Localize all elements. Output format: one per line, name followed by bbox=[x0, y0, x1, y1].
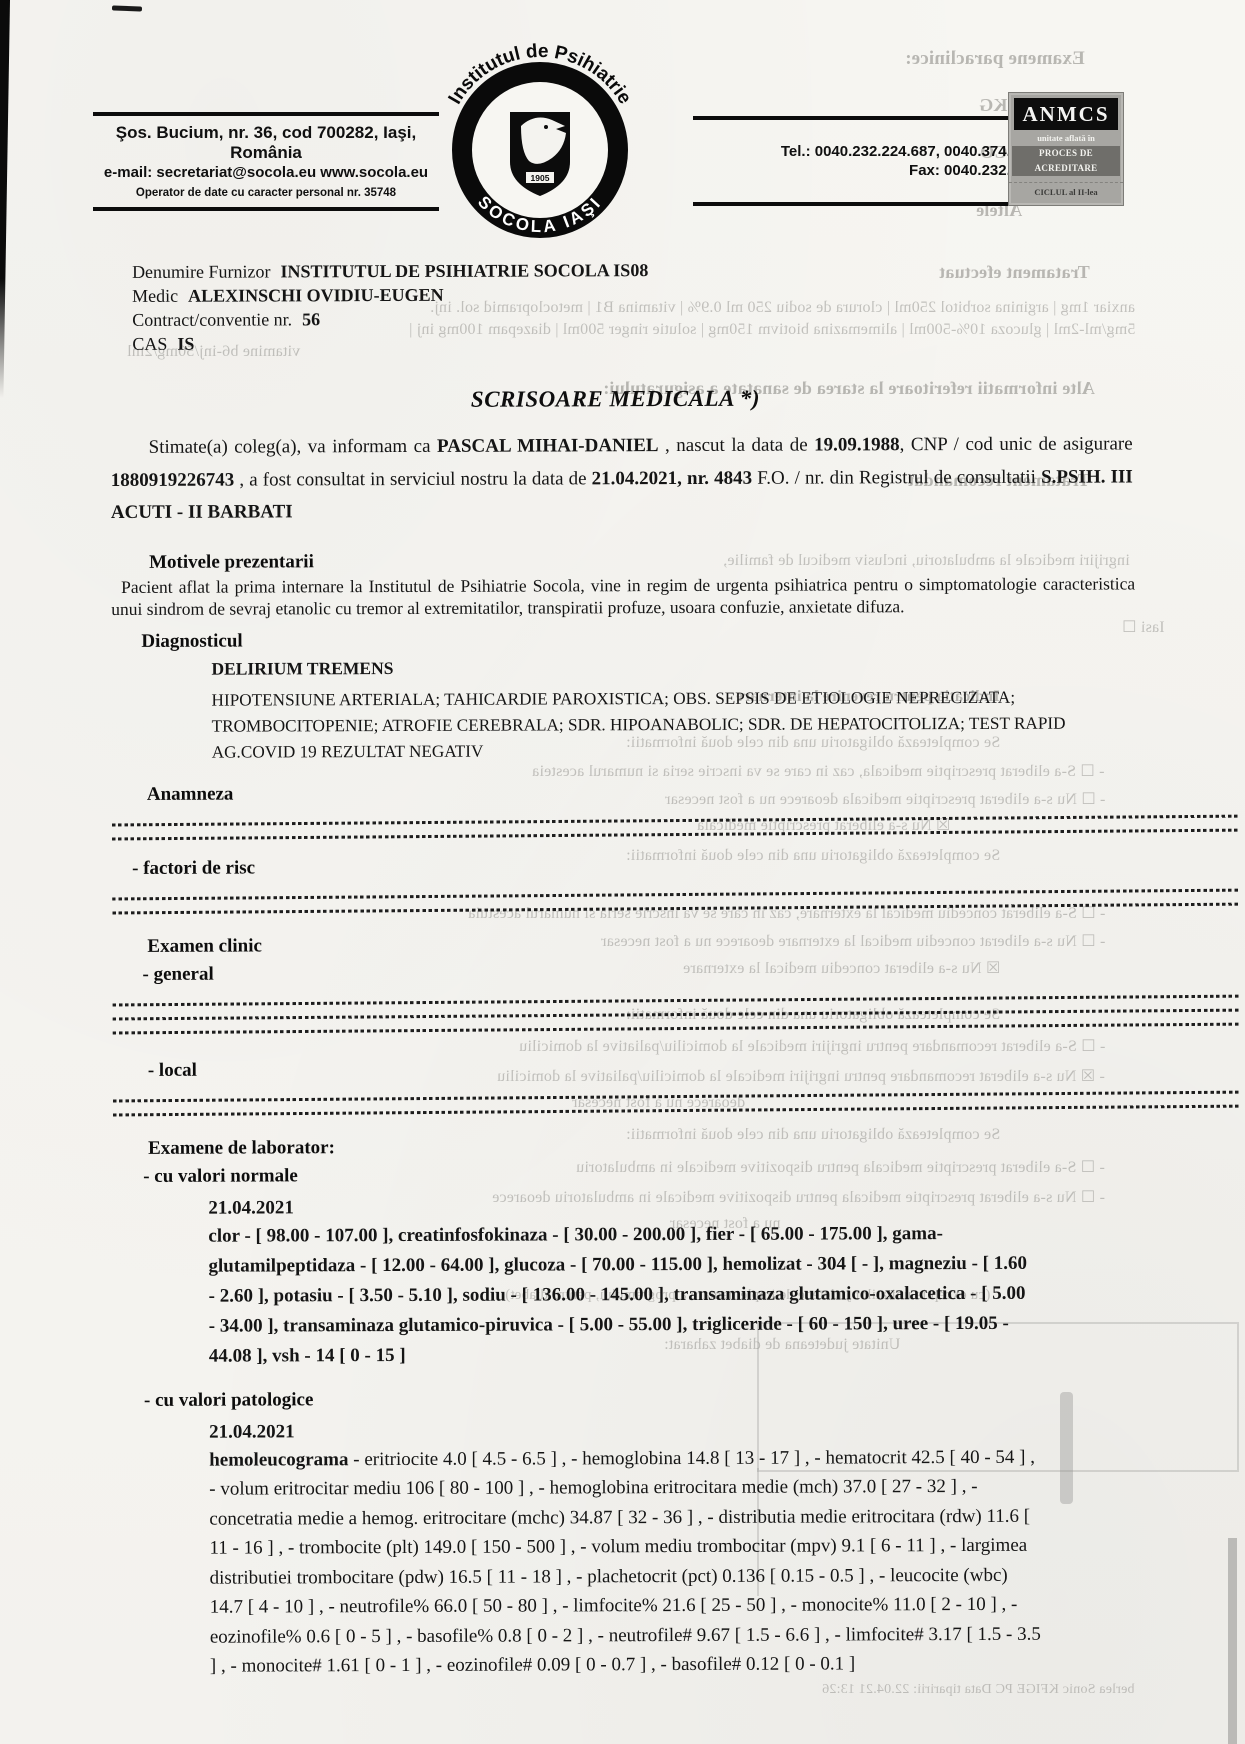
provider-value: INSTITUTUL DE PSIHIATRIE SOCOLA IS08 bbox=[280, 260, 648, 281]
text-segment: , a fost consultat in serviciul nostru l… bbox=[234, 468, 591, 490]
dotted-fill-line bbox=[112, 828, 1240, 840]
text-segment: Stimate(a) coleg(a), va informam ca bbox=[149, 436, 437, 458]
address-line-1: Şos. Bucium, nr. 36, cod 700282, Iaşi, R… bbox=[93, 123, 439, 163]
text-segment: 19.09.1988 bbox=[814, 434, 900, 455]
address-line-3: Operator de date cu caracter personal nr… bbox=[93, 185, 439, 201]
dotted-fill-line bbox=[112, 888, 1240, 900]
dotted-fill-line bbox=[113, 994, 1241, 1006]
lab-date-pathological: 21.04.2021 bbox=[209, 1418, 1242, 1444]
institute-seal: Institutul de Psihiatrie 1905 SOCOLA IAŞ… bbox=[425, 22, 655, 252]
provider-label: Medic bbox=[132, 286, 178, 306]
section-heading-factori: - factori de risc bbox=[132, 854, 1240, 880]
provider-label: Contract/conventie nr. bbox=[132, 309, 292, 330]
anmcs-subtitle-1: unitate aflată în bbox=[1009, 133, 1123, 144]
text-segment: , CNP / cod unic de asigurare bbox=[900, 433, 1133, 455]
anmcs-subtitle-3: CICLUL al II-lea bbox=[1009, 182, 1123, 197]
scan-artifact-dash bbox=[112, 5, 142, 11]
text-segment: F.O. / nr. din Registrul de consultatii bbox=[752, 466, 1041, 488]
text-segment: 1880919226743 bbox=[111, 469, 235, 490]
text-segment: hemoleucograma bbox=[209, 1449, 348, 1470]
lab-normal-values: clor - [ 98.00 - 107.00 ], creatinfosfok… bbox=[208, 1218, 1031, 1371]
rule-top-left bbox=[93, 112, 439, 116]
diagnosis-list: HIPOTENSIUNE ARTERIALA; TAHICARDIE PAROX… bbox=[211, 684, 1141, 765]
provider-label: CAS bbox=[132, 334, 167, 354]
provider-row: CASIS bbox=[132, 328, 1238, 356]
text-segment: , nascut la data de bbox=[658, 435, 814, 457]
provider-value: ALEXINSCHI OVIDIU-EUGEN bbox=[188, 285, 444, 306]
anmcs-title: ANMCS bbox=[1014, 98, 1118, 130]
diagnosis-primary: DELIRIUM TREMENS bbox=[211, 655, 1239, 680]
section-heading-laborator: Examene de laborator: bbox=[148, 1134, 1241, 1160]
provider-value: IS bbox=[177, 334, 194, 354]
bleedthrough-text: berlea Sonic KFIGE PC Data tiparirii: 22… bbox=[822, 1682, 1135, 1698]
text-segment: 21.04.2021, nr. 4843 bbox=[592, 467, 753, 489]
section-heading-diagnostic: Diagnosticul bbox=[141, 627, 1239, 653]
lab-pathological-values: hemoleucograma - eritriocite 4.0 [ 4.5 -… bbox=[209, 1442, 1046, 1681]
dotted-fill-line bbox=[113, 1104, 1241, 1116]
text-segment: PASCAL MIHAI-DANIEL bbox=[437, 435, 659, 457]
provider-block: Denumire FurnizorINSTITUTUL DE PSIHIATRI… bbox=[132, 256, 1238, 356]
text-segment: - eritriocite 4.0 [ 4.5 - 6.5 ] , - hemo… bbox=[209, 1446, 1041, 1676]
letter-body: Denumire FurnizorINSTITUTUL DE PSIHIATRI… bbox=[110, 256, 1243, 1681]
rule-bottom-left bbox=[93, 207, 439, 211]
lab-date-normal: 21.04.2021 bbox=[208, 1194, 1241, 1220]
dotted-fill-line bbox=[113, 1090, 1241, 1102]
dotted-fill-line bbox=[112, 814, 1240, 826]
letter-title: SCRISOARE MEDICALA *) bbox=[110, 384, 1120, 414]
dotted-fill-line bbox=[113, 1022, 1241, 1034]
bleedthrough-text: Examene paraclinice: bbox=[905, 48, 1085, 70]
section-heading-local: - local bbox=[148, 1056, 1241, 1082]
anmcs-badge: ANMCS unitate aflată în PROCES DE ACREDI… bbox=[1008, 92, 1124, 206]
anmcs-subtitle-2: PROCES DE ACREDITARE bbox=[1012, 146, 1120, 176]
address-line-2: e-mail: secretariat@socola.eu www.socola… bbox=[93, 163, 439, 182]
section-heading-valori-normale: - cu valori normale bbox=[143, 1162, 1241, 1188]
seal-year: 1905 bbox=[531, 173, 550, 183]
dotted-fill-line bbox=[112, 902, 1240, 914]
provider-value: 56 bbox=[302, 309, 320, 329]
provider-label: Denumire Furnizor bbox=[132, 261, 271, 281]
intro-paragraph: Stimate(a) coleg(a), va informam ca PASC… bbox=[111, 428, 1133, 529]
section-heading-examen-clinic: Examen clinic bbox=[147, 932, 1240, 958]
section-heading-anamneza: Anamneza bbox=[147, 780, 1240, 806]
section-heading-general: - general bbox=[142, 960, 1240, 986]
eagle-eye bbox=[544, 125, 548, 129]
address-block: Şos. Bucium, nr. 36, cod 700282, Iaşi, R… bbox=[93, 112, 439, 211]
document-page: Examene paraclinice:EKGECOAlteleTratamen… bbox=[0, 0, 1245, 1744]
section-heading-motive: Motivele prezentarii bbox=[149, 548, 1239, 574]
section-heading-valori-patologice: - cu valori patologice bbox=[144, 1386, 1242, 1412]
scan-artifact-corner bbox=[0, 0, 10, 398]
motive-paragraph: Pacient aflat la prima internare la Inst… bbox=[111, 572, 1135, 621]
dotted-fill-line bbox=[113, 1008, 1241, 1020]
